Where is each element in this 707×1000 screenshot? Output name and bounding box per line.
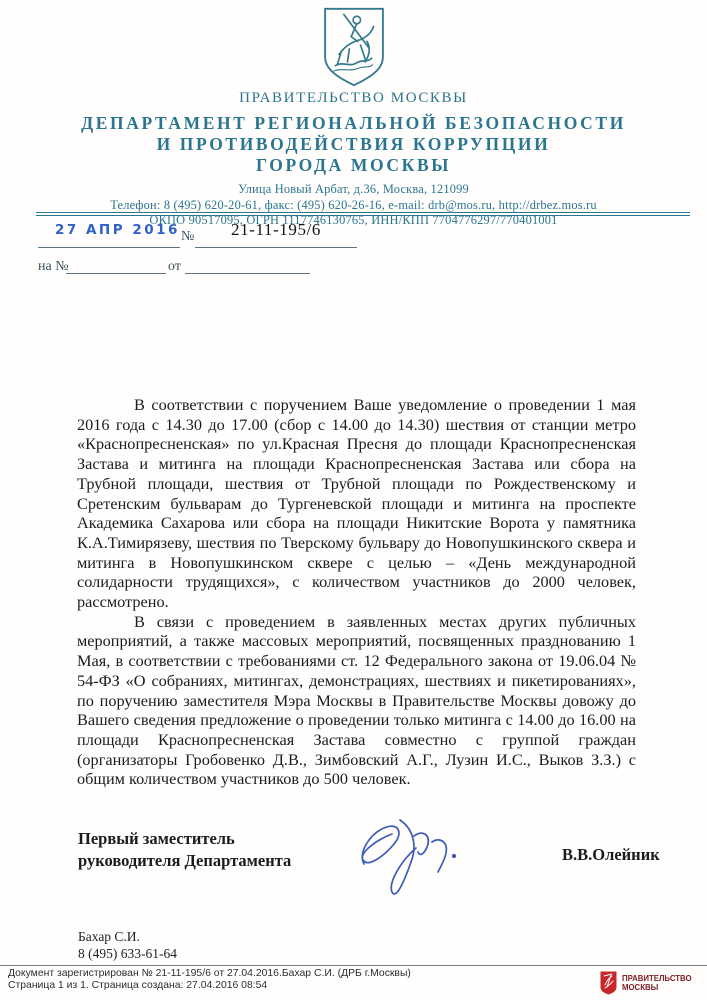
reply-date-underline xyxy=(185,273,310,274)
executor-phone: 8 (495) 633-61-64 xyxy=(78,945,177,962)
letterhead: ПРАВИТЕЛЬСТВО МОСКВЫ ДЕПАРТАМЕНТ РЕГИОНА… xyxy=(0,6,707,229)
moscow-coat-of-arms-icon xyxy=(317,6,391,88)
moscow-government-logo-icon xyxy=(600,971,617,995)
signer-title-line2: руководителя Департамента xyxy=(78,850,291,872)
signer-title: Первый заместитель руководителя Департам… xyxy=(78,828,291,871)
body-paragraph-2: В связи с проведением в заявленных места… xyxy=(77,612,636,789)
reply-number-underline xyxy=(66,273,166,274)
contacts-line: Телефон: 8 (495) 620-20-61, факс: (495) … xyxy=(0,198,707,214)
document-number: 21-11-195/6 xyxy=(195,220,357,240)
header-divider xyxy=(36,212,690,216)
reply-number-label: на № xyxy=(38,259,69,275)
number-underline xyxy=(195,247,357,248)
reply-date-label: от xyxy=(168,259,181,275)
government-title: ПРАВИТЕЛЬСТВО МОСКВЫ xyxy=(0,90,707,107)
address-line: Улица Новый Арбат, д.36, Москва, 121099 xyxy=(0,182,707,198)
footer-logo-text-line1: ПРАВИТЕЛЬСТВО xyxy=(622,974,692,984)
date-underline xyxy=(38,247,180,248)
reference-block: 27 АПР 2016 № 21-11-195/6 на № от xyxy=(38,221,378,281)
department-name-line3: ГОРОДА МОСКВЫ xyxy=(0,155,707,176)
department-name-line1: ДЕПАРТАМЕНТ РЕГИОНАЛЬНОЙ БЕЗОПАСНОСТИ xyxy=(0,113,707,134)
signer-title-line1: Первый заместитель xyxy=(78,828,291,850)
footer-page-line: Страница 1 из 1. Страница создана: 27.04… xyxy=(8,980,411,992)
signer-name: В.В.Олейник xyxy=(562,845,660,865)
executor-block: Бахар С.И. 8 (495) 633-61-64 xyxy=(78,928,177,962)
letter-body: В соответствии с поручением Ваше уведомл… xyxy=(77,395,636,789)
date-stamp: 27 АПР 2016 xyxy=(55,222,180,238)
handwritten-signature-icon xyxy=(348,808,478,908)
executor-name: Бахар С.И. xyxy=(78,928,177,945)
footer-registration-line: Документ зарегистрирован № 21-11-195/6 о… xyxy=(8,968,411,980)
number-label: № xyxy=(181,229,194,245)
document-page: ПРАВИТЕЛЬСТВО МОСКВЫ ДЕПАРТАМЕНТ РЕГИОНА… xyxy=(0,0,707,1000)
footer-logo-text: ПРАВИТЕЛЬСТВО МОСКВЫ xyxy=(622,974,692,993)
footer-logo-text-line2: МОСКВЫ xyxy=(622,983,692,993)
department-name-line2: И ПРОТИВОДЕЙСТВИЯ КОРРУПЦИИ xyxy=(0,134,707,155)
footer-divider xyxy=(0,965,707,966)
body-paragraph-1: В соответствии с поручением Ваше уведомл… xyxy=(77,395,636,612)
footer-registration: Документ зарегистрирован № 21-11-195/6 о… xyxy=(8,968,411,991)
footer-logo: ПРАВИТЕЛЬСТВО МОСКВЫ xyxy=(600,971,692,995)
